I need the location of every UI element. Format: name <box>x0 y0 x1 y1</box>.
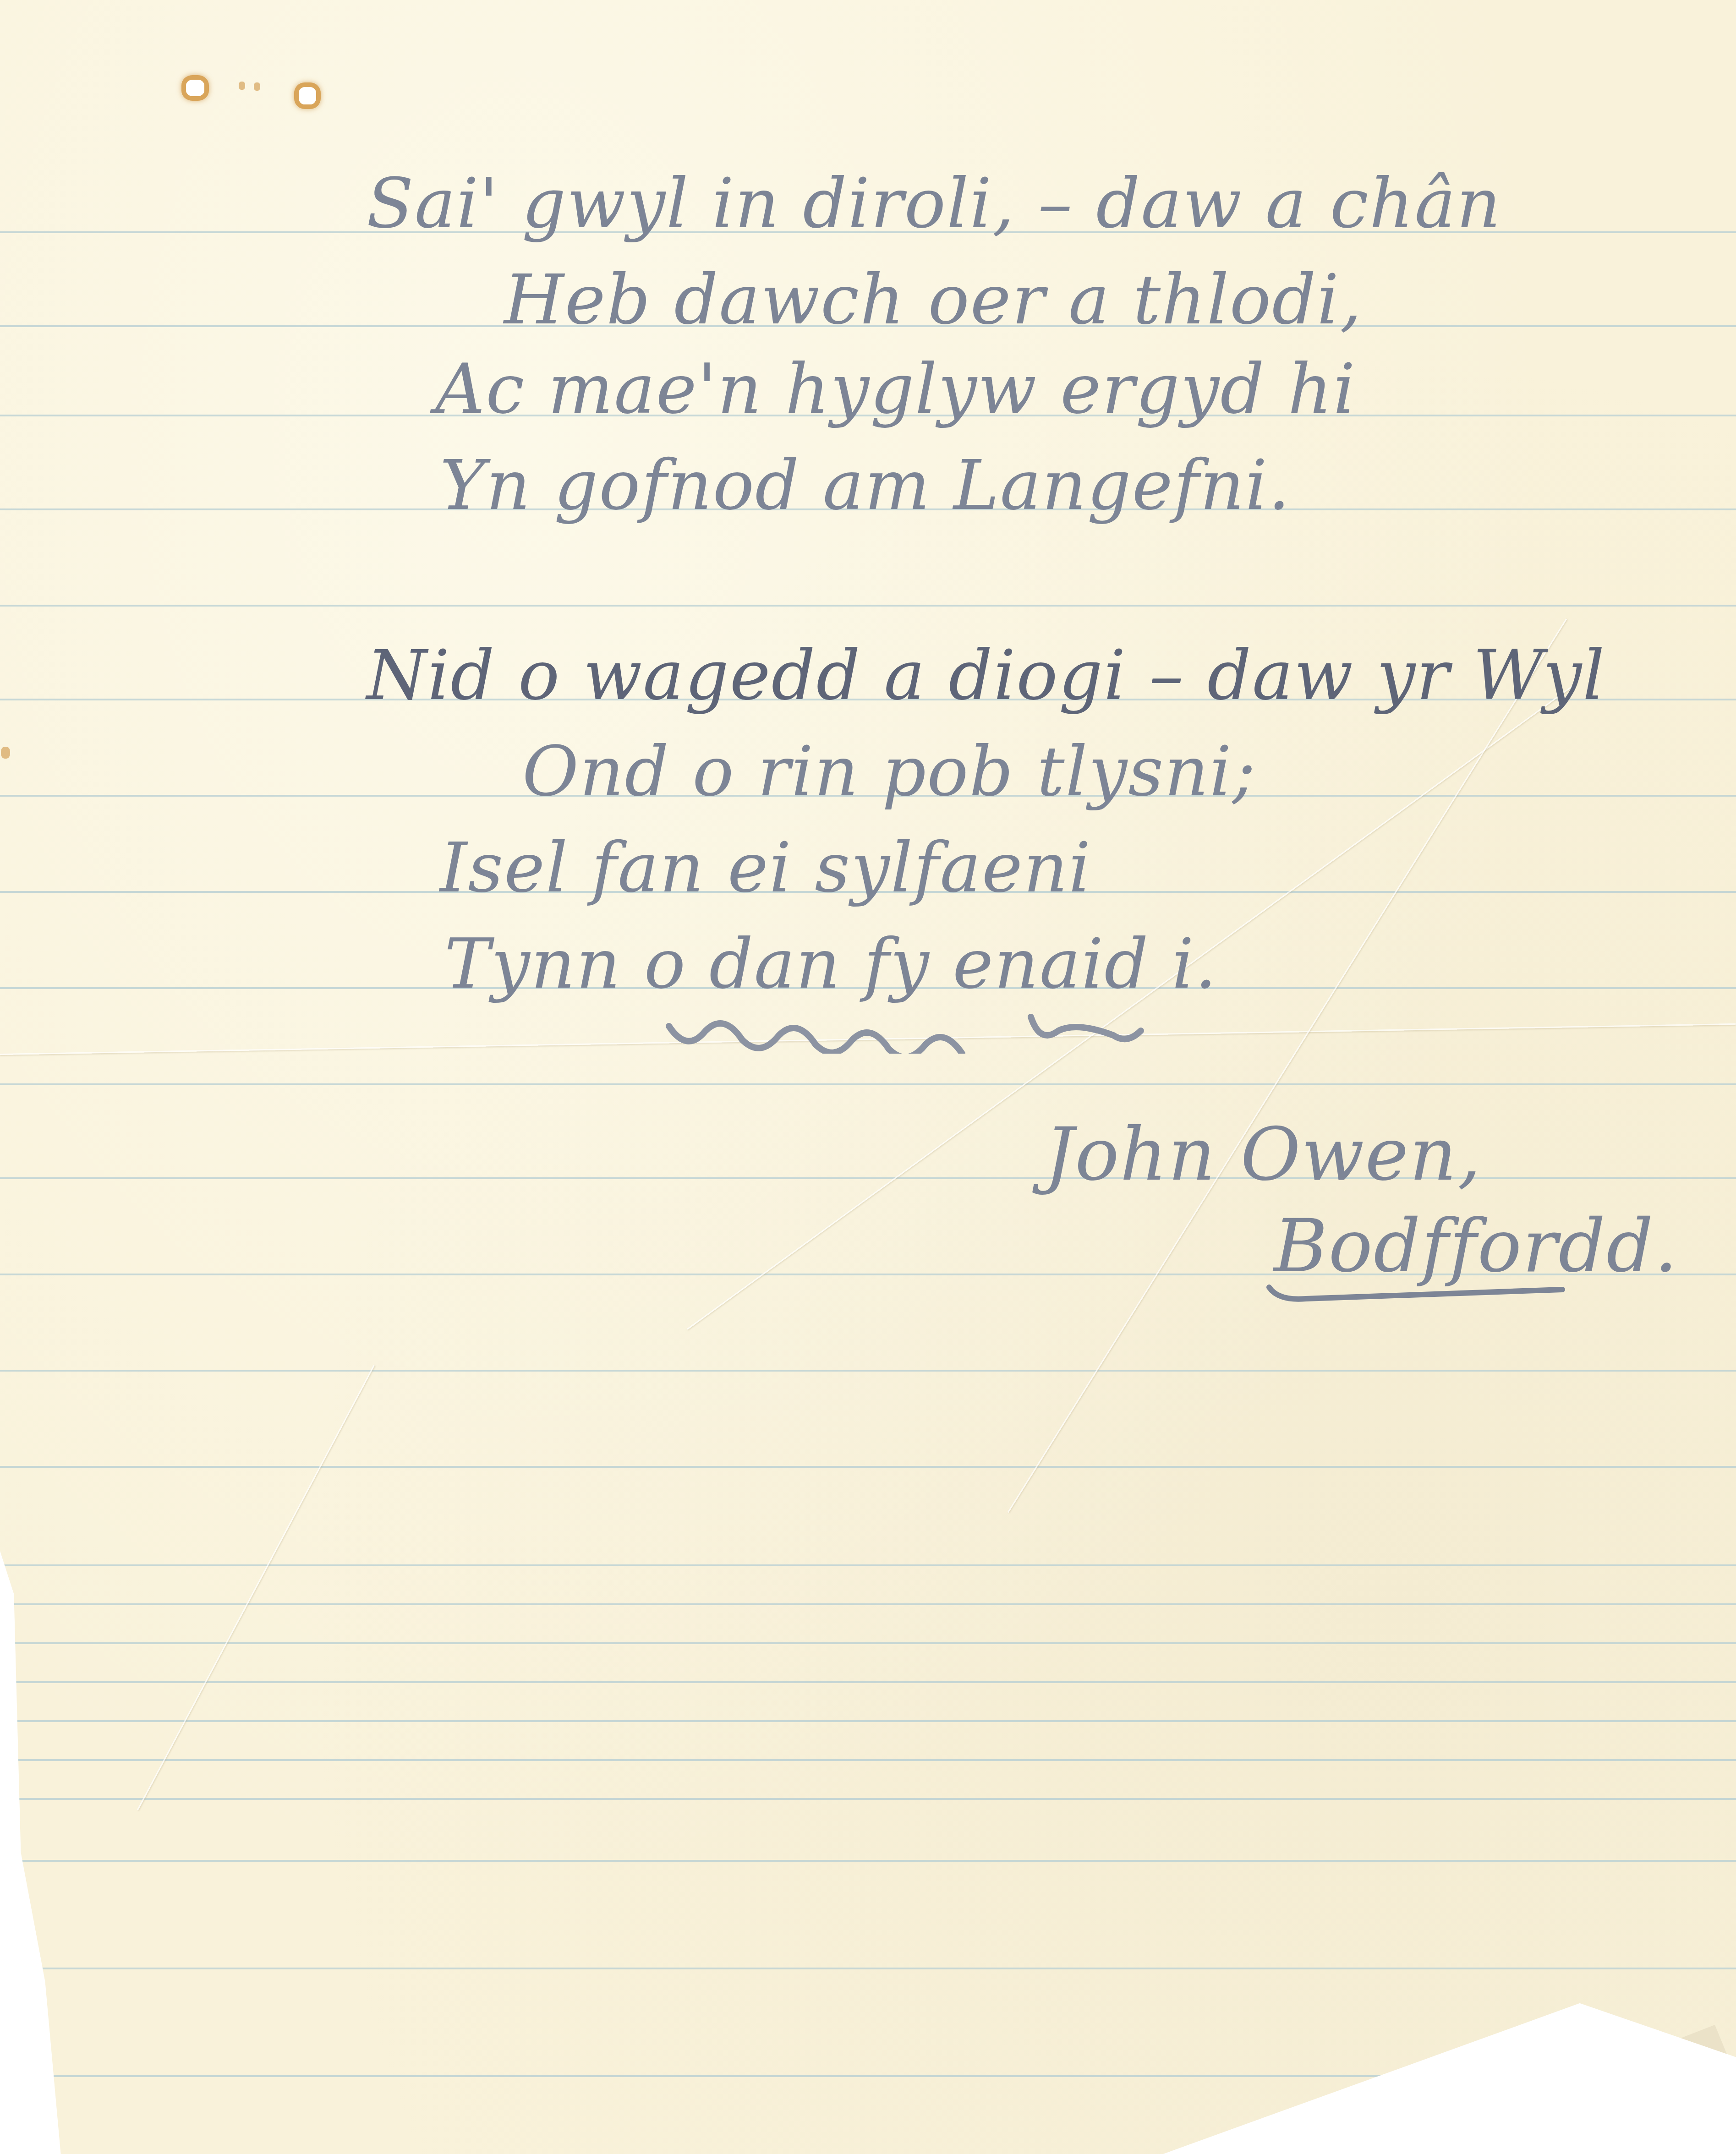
torn-folded-corner <box>1384 2025 1736 2154</box>
ruled-line <box>0 1370 1736 1372</box>
poem-line: Nid o wagedd a diogi – daw yr Wyl <box>367 641 1605 710</box>
ruled-line <box>0 1681 1736 1683</box>
signature-place: Bodffordd. <box>1274 1209 1678 1283</box>
poem-line: Heb dawch oer a thlodi, <box>504 266 1363 334</box>
punch-hole <box>294 82 321 109</box>
rust-speck <box>254 82 260 91</box>
ruled-line <box>0 1083 1736 1085</box>
ruled-line <box>0 1720 1736 1722</box>
ruled-line <box>0 1564 1736 1566</box>
poem-line: Isel fan ei sylfaeni <box>440 834 1091 902</box>
ruled-line <box>0 1642 1736 1644</box>
ruled-line <box>0 2075 1736 2077</box>
decorative-squiggle <box>664 1008 1306 1054</box>
punch-hole <box>181 75 209 101</box>
poem-line: Sai' gwyl in diroli, – daw a chân <box>367 169 1501 238</box>
rust-speck <box>239 82 245 90</box>
ruled-line <box>0 1860 1736 1862</box>
poem-line: Ac mae'n hyglyw ergyd hi <box>435 355 1356 424</box>
signature-name: John Owen, <box>1045 1118 1482 1191</box>
ruled-line <box>0 1603 1736 1605</box>
ruled-line <box>0 1968 1736 1969</box>
ruled-line <box>0 1798 1736 1800</box>
paper-sheet: Sai' gwyl in diroli, – daw a chân Heb da… <box>0 0 1736 2154</box>
poem-line: Yn gofnod am Langefni. <box>440 451 1291 520</box>
ruled-line <box>0 605 1736 607</box>
ruled-line <box>0 1466 1736 1468</box>
poem-line: Ond o rin pob tlysni; <box>522 738 1256 806</box>
paper-crease <box>137 1365 375 1811</box>
rust-speck <box>1 747 10 759</box>
ruled-line <box>0 1759 1736 1761</box>
signature-underline <box>1265 1278 1585 1306</box>
poem-line: Tynn o dan fy enaid i. <box>444 930 1217 999</box>
